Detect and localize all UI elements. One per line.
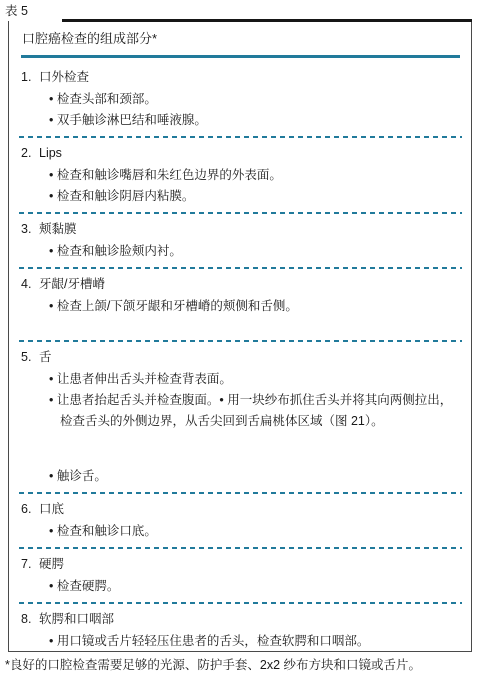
item-number: 7.	[21, 555, 39, 573]
item-head: 6. 口底	[21, 500, 459, 518]
bullet-point: • 检查上颌/下颌牙龈和牙槽嵴的颊侧和舌侧。	[49, 296, 459, 317]
bullet-icon: •	[49, 113, 53, 127]
bullet-text: 检查和触诊口底。	[57, 524, 157, 538]
bullet-point: • 检查头部和颈部。	[49, 89, 459, 110]
item-title: Lips	[39, 144, 62, 162]
bullet-icon: •	[49, 168, 53, 182]
bullet-list: • 检查硬腭。	[49, 576, 459, 597]
bullet-point: • 检查和触诊口底。	[49, 521, 459, 542]
bullet-icon: •	[49, 579, 53, 593]
bullet-list: • 检查上颌/下颌牙龈和牙槽嵴的颊侧和舌侧。	[49, 296, 459, 317]
item-title: 牙龈/牙槽嵴	[39, 275, 105, 293]
bullet-text: 检查和触诊嘴唇和朱红色边界的外表面。	[57, 168, 282, 182]
bullet-icon: •	[49, 244, 53, 258]
item-head: 3. 颊黏膜	[21, 220, 459, 238]
item-title: 口底	[39, 500, 64, 518]
bullet-point: • 让患者伸出舌头并检查背表面。	[49, 369, 459, 390]
bullet-text: 双手触诊淋巴结和唾液腺。	[57, 113, 207, 127]
item-title: 口外检查	[39, 68, 89, 86]
bullet-point: • 检查硬腭。	[49, 576, 459, 597]
item-number: 4.	[21, 275, 39, 293]
item-head: 4. 牙龈/牙槽嵴	[21, 275, 459, 293]
item-title: 舌	[39, 348, 52, 366]
bullet-list: • 检查头部和颈部。• 双手触诊淋巴结和唾液腺。	[49, 89, 459, 131]
item-number: 3.	[21, 220, 39, 238]
bullet-icon: •	[49, 299, 53, 313]
exam-item: 5. 舌 • 让患者伸出舌头并检查背表面。• 让患者抬起舌头并检查腹面。• 用一…	[9, 341, 471, 493]
item-title: 软腭和口咽部	[39, 610, 114, 628]
bullet-text: 检查和触诊阴唇内粘膜。	[57, 189, 195, 203]
bullet-point: • 用口镜或舌片轻轻压住患者的舌头，检查软腭和口咽部。	[49, 631, 459, 652]
item-head: 8. 软腭和口咽部	[21, 610, 459, 628]
bullet-icon: •	[49, 92, 53, 106]
item-title: 硬腭	[39, 555, 64, 573]
exam-item: 3. 颊黏膜 • 检查和触诊脸颊内衬。	[9, 213, 471, 268]
bullet-icon: •	[49, 634, 53, 648]
item-head: 2. Lips	[21, 144, 459, 162]
item-number: 5.	[21, 348, 39, 366]
exam-item: 6. 口底 • 检查和触诊口底。	[9, 493, 471, 548]
item-number: 1.	[21, 68, 39, 86]
bullet-text: 触诊舌。	[57, 469, 107, 483]
bullet-point: • 检查和触诊阴唇内粘膜。	[49, 186, 459, 207]
bullet-list: • 让患者伸出舌头并检查背表面。• 让患者抬起舌头并检查腹面。• 用一块纱布抓住…	[49, 369, 459, 487]
table-box: 口腔癌检查的组成部分* 1. 口外检查 • 检查头部和颈部。• 双手触诊淋巴结和…	[8, 21, 472, 652]
bullet-text: 检查和触诊脸颊内衬。	[57, 244, 182, 258]
item-number: 2.	[21, 144, 39, 162]
item-head: 7. 硬腭	[21, 555, 459, 573]
bullet-point: • 检查和触诊脸颊内衬。	[49, 241, 459, 262]
bullet-text: 检查上颌/下颌牙龈和牙槽嵴的颊侧和舌侧。	[57, 299, 298, 313]
exam-item: 4. 牙龈/牙槽嵴 • 检查上颌/下颌牙龈和牙槽嵴的颊侧和舌侧。	[9, 268, 471, 341]
bullet-list: • 检查和触诊口底。	[49, 521, 459, 542]
exam-item: 7. 硬腭 • 检查硬腭。	[9, 548, 471, 603]
item-title: 颊黏膜	[39, 220, 77, 238]
bullet-point: • 检查和触诊嘴唇和朱红色边界的外表面。	[49, 165, 459, 186]
item-head: 1. 口外检查	[21, 68, 459, 86]
bullet-icon: •	[49, 372, 53, 386]
exam-item: 2. Lips • 检查和触诊嘴唇和朱红色边界的外表面。• 检查和触诊阴唇内粘膜…	[9, 137, 471, 213]
bullet-icon: •	[49, 524, 53, 538]
bullet-text: 检查头部和颈部。	[57, 92, 157, 106]
bullet-point: • 双手触诊淋巴结和唾液腺。	[49, 110, 459, 131]
bullet-text: 让患者伸出舌头并检查背表面。	[57, 372, 232, 386]
top-rule	[62, 19, 472, 22]
footnote: *良好的口腔检查需要足够的光源、防护手套、2x2 纱布方块和口镜或舌片。	[5, 657, 421, 673]
table-label: 表 5	[5, 4, 28, 19]
bullet-point: • 触诊舌。	[49, 466, 459, 487]
bullet-icon: •	[49, 393, 53, 407]
exam-items-list: 1. 口外检查 • 检查头部和颈部。• 双手触诊淋巴结和唾液腺。 2. Lips…	[9, 58, 471, 679]
bullet-icon: •	[49, 189, 53, 203]
bullet-list: • 检查和触诊嘴唇和朱红色边界的外表面。• 检查和触诊阴唇内粘膜。	[49, 165, 459, 207]
exam-item: 1. 口外检查 • 检查头部和颈部。• 双手触诊淋巴结和唾液腺。	[9, 61, 471, 137]
item-number: 8.	[21, 610, 39, 628]
bullet-icon: •	[49, 469, 53, 483]
bullet-text: 用口镜或舌片轻轻压住患者的舌头，检查软腭和口咽部。	[57, 634, 370, 648]
item-number: 6.	[21, 500, 39, 518]
bullet-text: 让患者抬起舌头并检查腹面。• 用一块纱布抓住舌头并将其向两侧拉出，检查舌头的外侧…	[57, 393, 452, 428]
bullet-list: • 检查和触诊脸颊内衬。	[49, 241, 459, 262]
bullet-text: 检查硬腭。	[57, 579, 120, 593]
bullet-list: • 用口镜或舌片轻轻压住患者的舌头，检查软腭和口咽部。	[49, 631, 459, 652]
table-title: 口腔癌检查的组成部分*	[9, 21, 471, 48]
item-head: 5. 舌	[21, 348, 459, 366]
bullet-point: • 让患者抬起舌头并检查腹面。• 用一块纱布抓住舌头并将其向两侧拉出，检查舌头的…	[49, 390, 459, 432]
